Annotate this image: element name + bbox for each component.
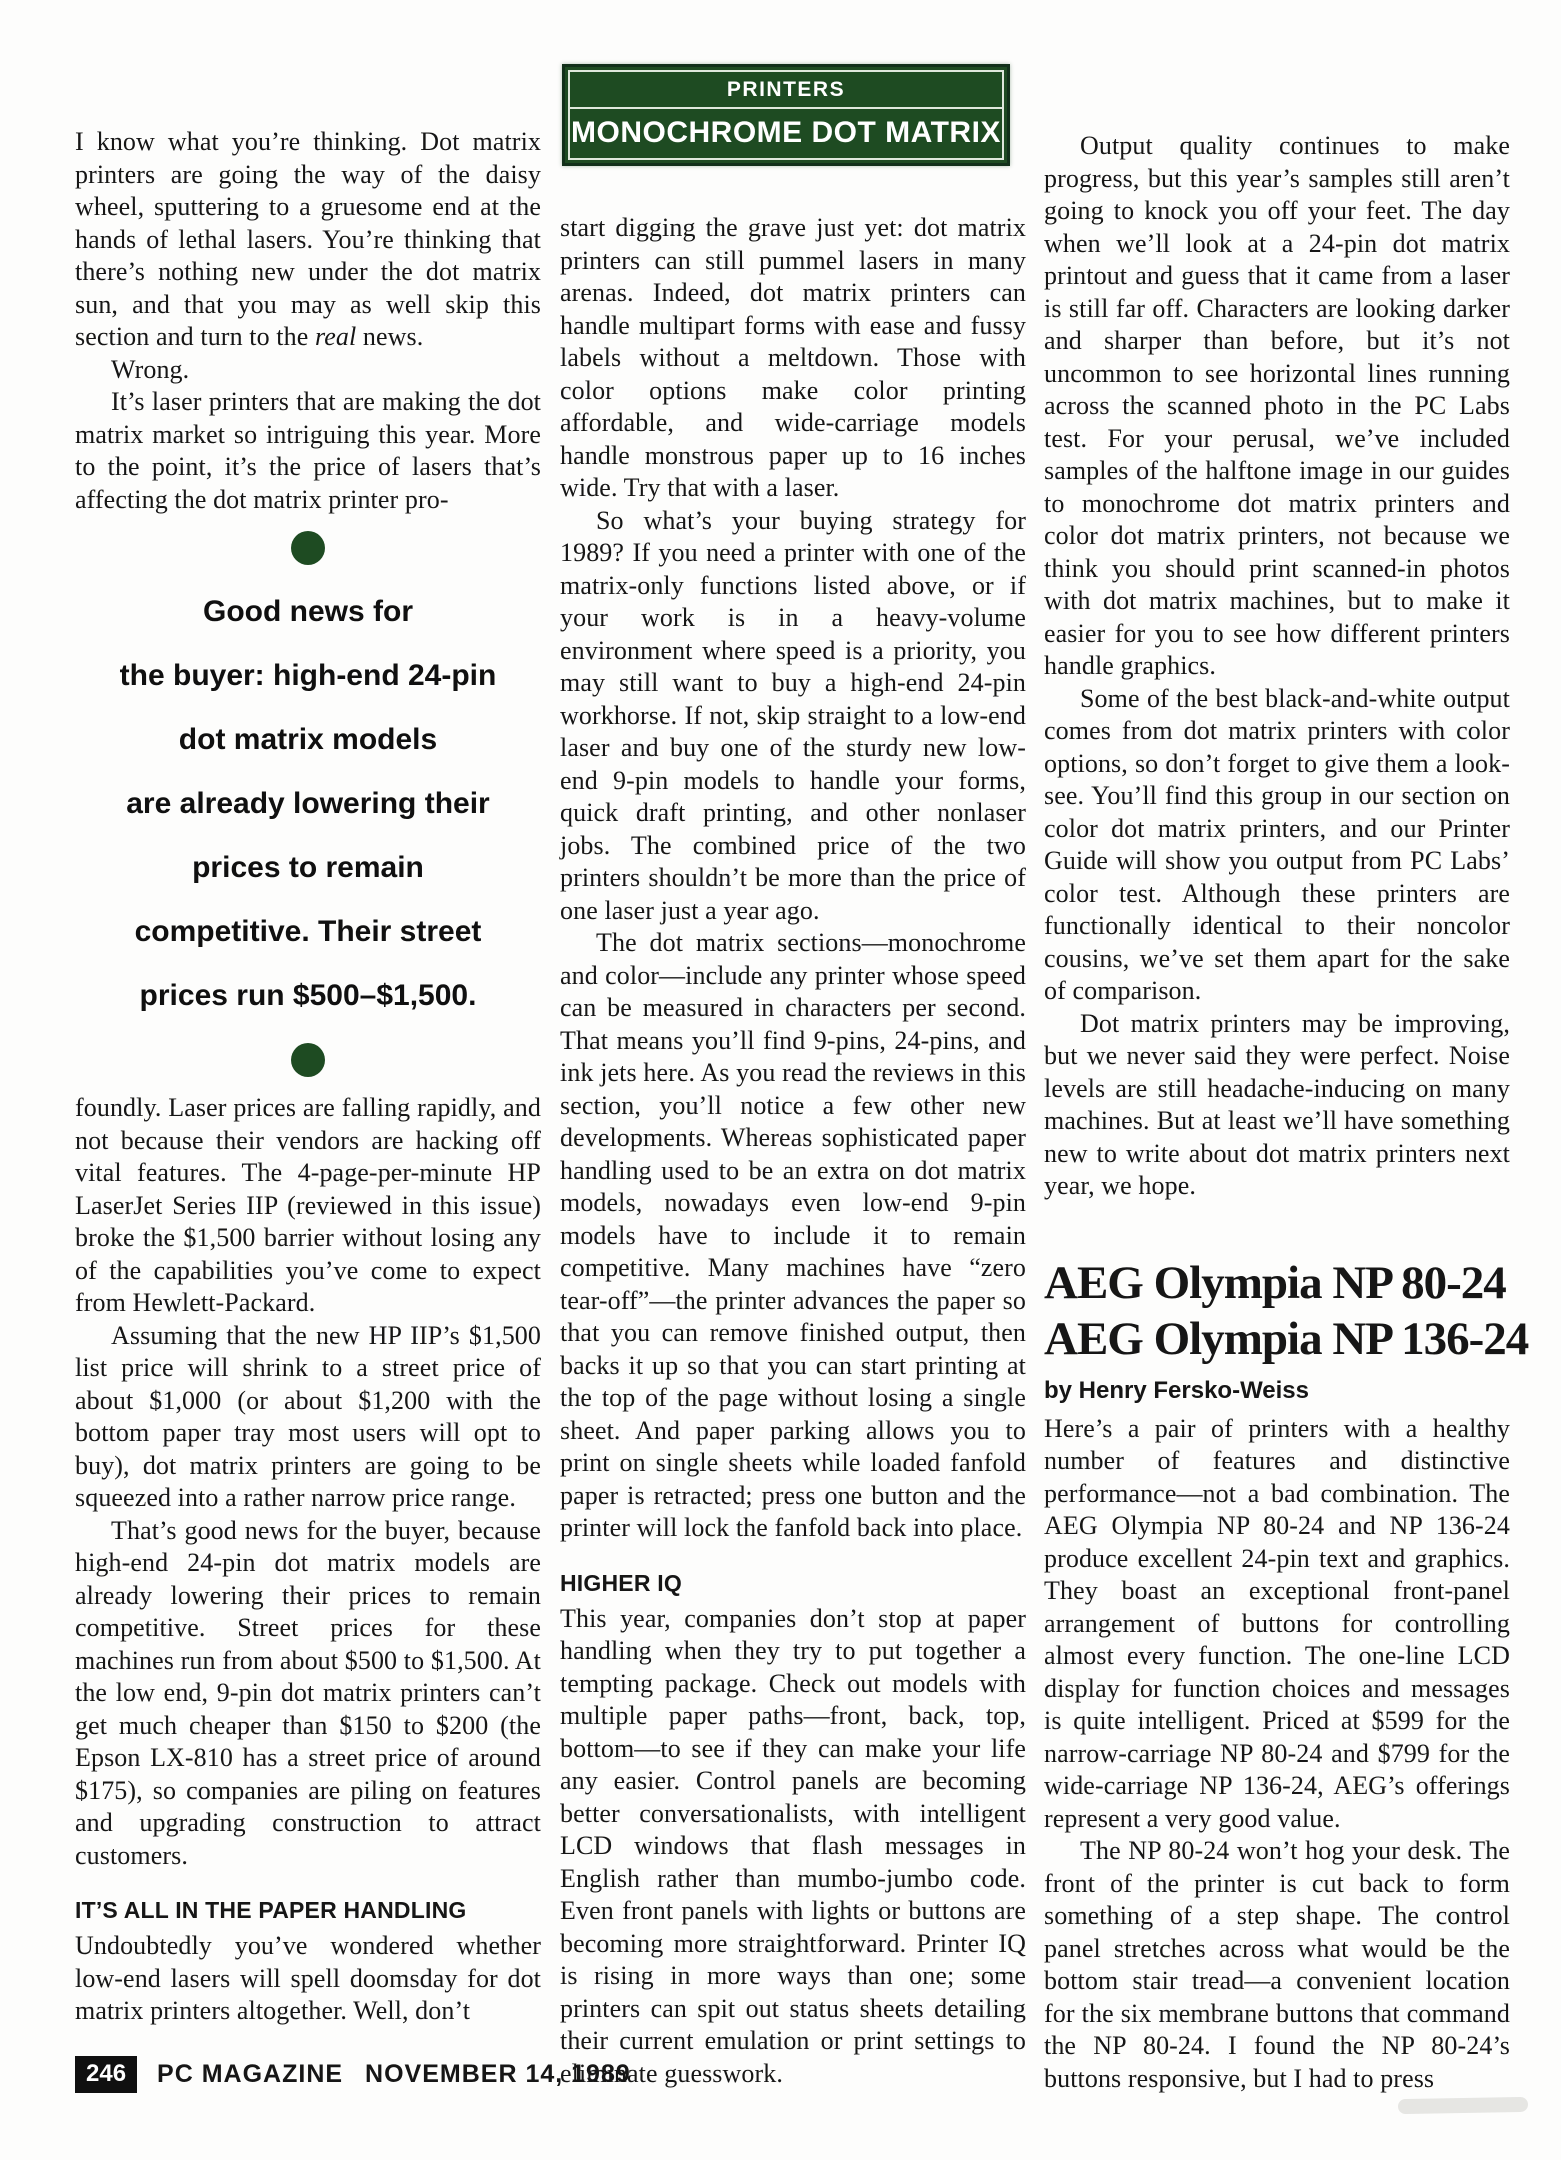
column-right: Output quality continues to make progres… <box>1044 130 1510 2095</box>
column-middle: start digging the grave just yet: dot ma… <box>560 212 1026 2090</box>
paragraph-text: I know what you’re thinking. Dot matrix … <box>75 127 541 351</box>
pull-quote-line: prices run $500–$1,500. <box>75 964 541 1028</box>
body-paragraph: Here’s a pair of printers with a healthy… <box>1044 1413 1510 1836</box>
body-paragraph: It’s laser printers that are making the … <box>75 386 541 516</box>
body-paragraph: I know what you’re thinking. Dot matrix … <box>75 126 541 354</box>
pull-quote-bullet-bottom <box>291 1043 325 1077</box>
magazine-page: PRINTERS MONOCHROME DOT MATRIX I know wh… <box>0 0 1561 2160</box>
footer-issue-date: NOVEMBER 14, 1989 <box>365 2060 631 2089</box>
article-heading: AEG Olympia NP 80-24 AEG Olympia NP 136-… <box>1044 1255 1510 1367</box>
paragraph-text: news. <box>356 322 423 351</box>
pull-quote-line: competitive. Their street <box>75 900 541 964</box>
page-footer: 246 PC MAGAZINE NOVEMBER 14, 1989 <box>75 2056 631 2093</box>
article-heading-line2: AEG Olympia NP 136-24 <box>1044 1311 1510 1367</box>
body-paragraph: Assuming that the new HP IIP’s $1,500 li… <box>75 1320 541 1515</box>
section-kicker-box: PRINTERS MONOCHROME DOT MATRIX <box>562 64 1010 166</box>
article-heading-line1: AEG Olympia NP 80-24 <box>1044 1255 1510 1311</box>
pull-quote-bullet-top <box>291 531 325 565</box>
body-paragraph: The NP 80-24 won’t hog your desk. The fr… <box>1044 1835 1510 2095</box>
pull-quote-line: the buyer: high-end 24-pin <box>75 644 541 708</box>
body-paragraph: foundly. Laser prices are falling rapidl… <box>75 1092 541 1320</box>
body-paragraph: This year, companies don’t stop at paper… <box>560 1603 1026 2091</box>
body-paragraph: Some of the best black-and-white output … <box>1044 683 1510 1008</box>
italic-word: real <box>315 322 356 351</box>
kicker-section-title: PRINTERS <box>570 72 1002 107</box>
body-paragraph: Undoubtedly you’ve wondered whether low-… <box>75 1930 541 2028</box>
pull-quote: Good news for the buyer: high-end 24-pin… <box>75 580 541 1028</box>
pull-quote-line: prices to remain <box>75 836 541 900</box>
body-paragraph: Dot matrix printers may be improving, bu… <box>1044 1008 1510 1203</box>
page-number-badge: 246 <box>75 2056 137 2093</box>
footer-magazine-name: PC MAGAZINE <box>157 2060 343 2089</box>
body-paragraph: start digging the grave just yet: dot ma… <box>560 212 1026 505</box>
article-byline: by Henry Fersko-Weiss <box>1044 1377 1510 1405</box>
pull-quote-line: are already lowering their <box>75 772 541 836</box>
column-left: I know what you’re thinking. Dot matrix … <box>75 126 541 2028</box>
body-paragraph: Wrong. <box>75 354 541 387</box>
section-subhead-paper-handling: IT’S ALL IN THE PAPER HANDLING <box>75 1896 541 1924</box>
body-paragraph: The dot matrix sections—monochrome and c… <box>560 927 1026 1545</box>
kicker-section-subtitle: MONOCHROME DOT MATRIX <box>570 107 1002 158</box>
body-paragraph: So what’s your buying strategy for 1989?… <box>560 505 1026 928</box>
pull-quote-line: dot matrix models <box>75 708 541 772</box>
body-paragraph: Output quality continues to make progres… <box>1044 130 1510 683</box>
section-subhead-higher-iq: HIGHER IQ <box>560 1569 1026 1597</box>
body-paragraph: That’s good news for the buyer, because … <box>75 1515 541 1873</box>
pull-quote-line: Good news for <box>75 580 541 644</box>
scan-smudge <box>1398 2097 1528 2114</box>
section-kicker-inner-frame: PRINTERS MONOCHROME DOT MATRIX <box>568 70 1004 160</box>
